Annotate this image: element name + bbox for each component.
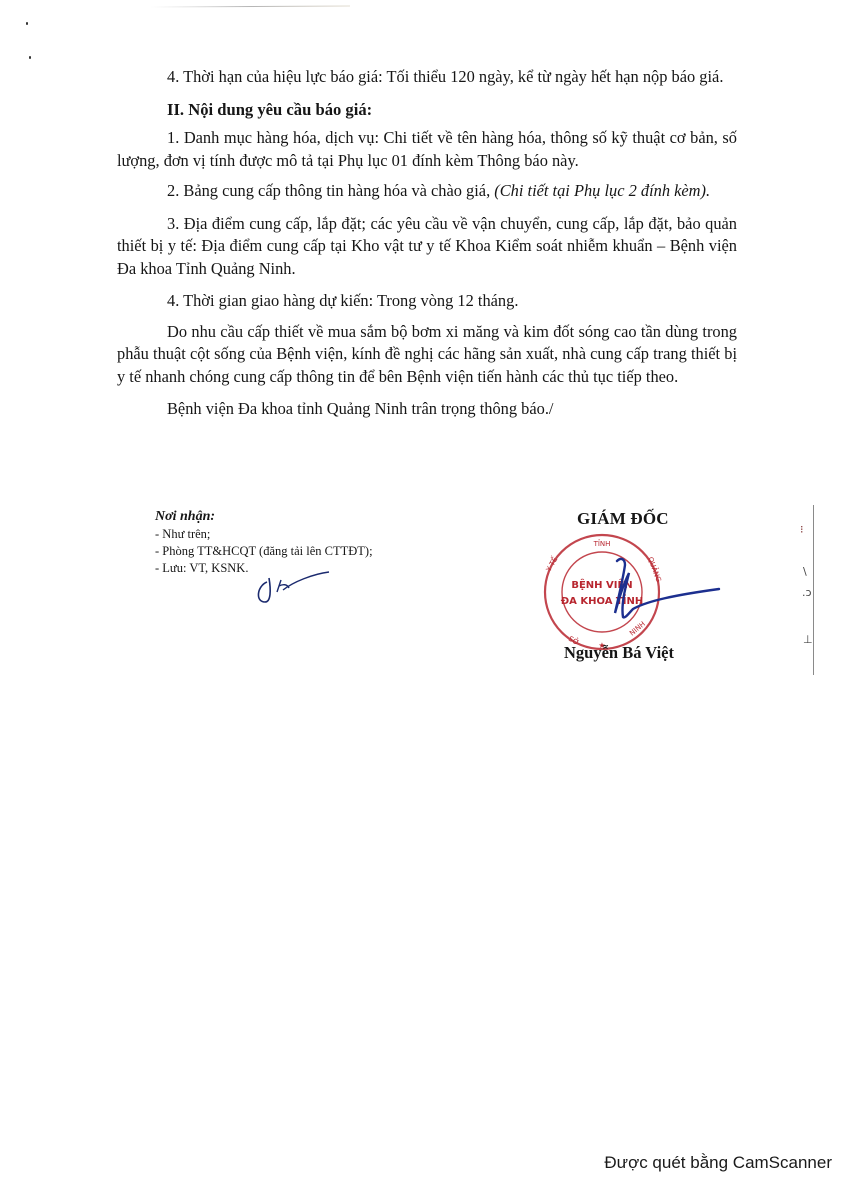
closing-line: Bệnh viện Đa khoa tỉnh Quảng Ninh trân t…: [117, 398, 737, 421]
edge-mark: \: [803, 565, 807, 578]
section-heading: II. Nội dung yêu cầu báo giá:: [117, 99, 737, 122]
request-paragraph: Do nhu cầu cấp thiết về mua sắm bộ bơm x…: [117, 321, 737, 389]
edge-mark: ⊥: [803, 633, 813, 646]
signatory-title: GIÁM ĐỐC: [577, 509, 669, 529]
camscanner-watermark: Được quét bằng CamScanner: [604, 1153, 832, 1173]
validity-paragraph: 4. Thời hạn của hiệu lực báo giá: Tối th…: [117, 66, 737, 89]
scan-speck: [26, 22, 28, 25]
edge-mark: .ɔ: [802, 586, 812, 599]
initial-signature-icon: [253, 568, 333, 608]
requirement-item-2: 2. Bảng cung cấp thông tin hàng hóa và c…: [117, 180, 737, 203]
adjacent-page-edge: [813, 505, 814, 675]
svg-text:TỈNH: TỈNH: [593, 539, 611, 548]
signature-block: GIÁM ĐỐC TỈNH Y TẾ QUẢNG SỞ NINH BỆNH VI…: [540, 505, 740, 675]
requirement-item-1: 1. Danh mục hàng hóa, dịch vụ: Chi tiết …: [117, 127, 737, 172]
director-signature-icon: [595, 555, 725, 635]
recipient-item: - Phòng TT&HCQT (đăng tải lên CTTĐT);: [155, 543, 373, 560]
requirement-item-2-text: 2. Bảng cung cấp thông tin hàng hóa và c…: [167, 181, 494, 200]
requirement-item-4: 4. Thời gian giao hàng dự kiến: Trong vò…: [117, 290, 737, 313]
edge-mark: ⁝: [800, 523, 804, 536]
scan-edge-artifact: [150, 5, 350, 7]
recipients-block: Nơi nhận: - Như trên; - Phòng TT&HCQT (đ…: [155, 508, 373, 577]
scan-speck: [29, 56, 31, 59]
recipient-item: - Như trên;: [155, 526, 373, 543]
requirement-item-2-note: (Chi tiết tại Phụ lục 2 đính kèm).: [494, 181, 710, 200]
signatory-name: Nguyễn Bá Việt: [564, 643, 674, 663]
requirement-item-3: 3. Địa điểm cung cấp, lắp đặt; các yêu c…: [117, 213, 737, 281]
document-body: 4. Thời hạn của hiệu lực báo giá: Tối th…: [117, 66, 737, 431]
recipients-title: Nơi nhận:: [155, 508, 373, 525]
